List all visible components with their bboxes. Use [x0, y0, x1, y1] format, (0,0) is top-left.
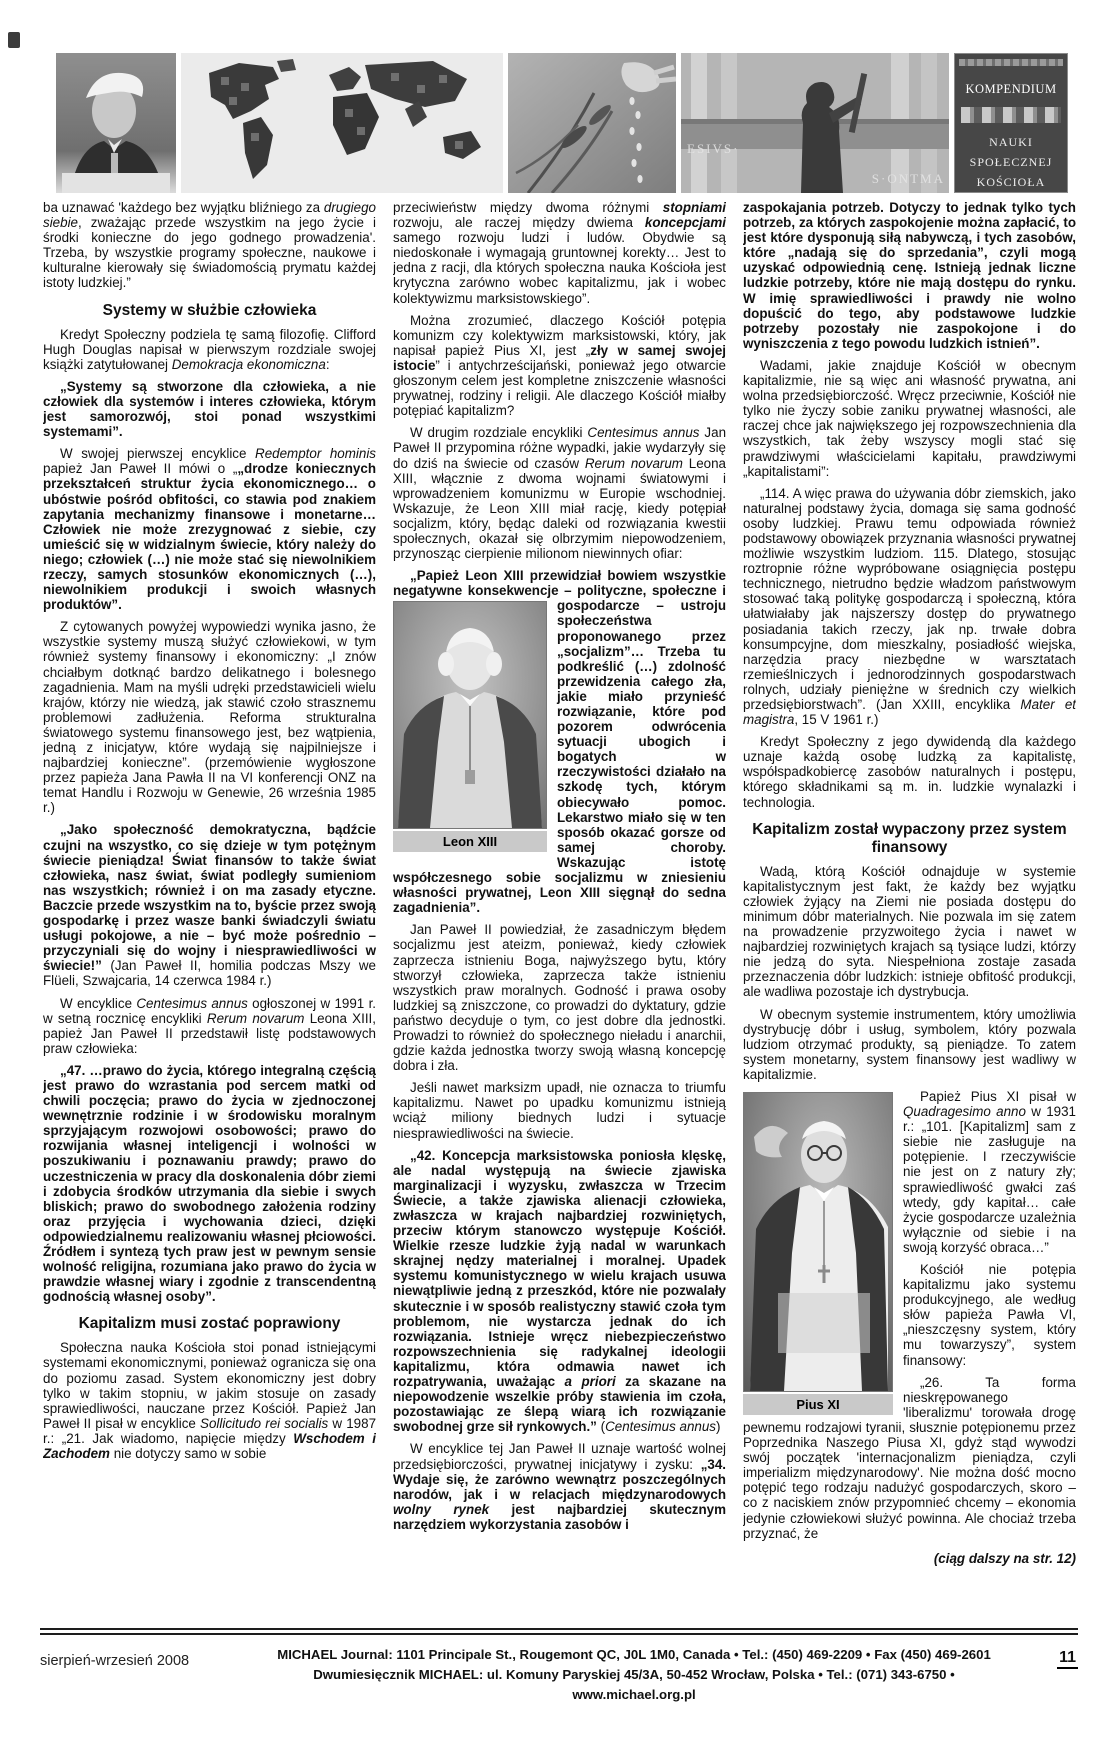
banner-photo-st-peter-statue: ESIVS· S·ONTMA — [681, 53, 949, 193]
banner-photo-douglas-portrait — [56, 53, 176, 193]
leon-xiii-portrait-graphic — [394, 602, 546, 828]
paragraph: W drugim rozdziale encykliki Centesimus … — [393, 425, 726, 561]
figure-caption: Leon XIII — [393, 831, 547, 852]
banner-photo-wheat-hand — [508, 53, 676, 193]
text-run: „Systemy są stworzone dla człowieka, a n… — [43, 379, 376, 439]
text-run: przeciwieństw między dwoma różnymi — [393, 200, 663, 215]
world-map-graphic — [181, 53, 503, 193]
text-run: wolny rynek — [393, 1502, 489, 1517]
column-1: ba uznawać 'każdego bez wyjątku bliźnieg… — [43, 200, 376, 1614]
paragraph: „47. …prawo do życia, którego integralną… — [43, 1063, 376, 1305]
text-run: stopniami — [663, 200, 726, 215]
text-run: Jeśli nawet marksizm upadł, nie oznacza … — [393, 1080, 726, 1140]
douglas-portrait-graphic — [56, 53, 176, 193]
text-run: w 1931 r.: „101. [Kapitalizm] sam z sieb… — [903, 1104, 1076, 1255]
paragraph: W obecnym systemie instrumentem, który u… — [743, 1007, 1076, 1082]
paragraph: „114. A więc prawa do używania dóbr ziem… — [743, 486, 1076, 728]
statue-inscription-left: ESIVS· — [687, 141, 739, 157]
text-run: ba uznawać 'każdego bez wyjątku bliźnieg… — [43, 200, 324, 215]
book-subtitle-line: SPOŁECZNEJ — [970, 152, 1053, 172]
paragraph: „42. Koncepcja marksistowska poniosła kl… — [393, 1148, 726, 1435]
figure-caption: Pius XI — [743, 1394, 893, 1415]
book-photo-strip — [961, 107, 1062, 123]
paragraph: zaspokajania potrzeb. Dotyczy to jednak … — [743, 200, 1076, 351]
paragraph: „Jako społeczność demokratyczna, bądźcie… — [43, 822, 376, 988]
text-run: Redemptor hominis — [255, 446, 376, 461]
section-heading: Kapitalizm został wypaczony przez system… — [743, 821, 1076, 857]
banner-photo-kompendium-book: KOMPENDIUM NAUKI SPOŁECZNEJ KOŚCIOŁA — [954, 53, 1068, 193]
text-run: W obecnym systemie instrumentem, który u… — [743, 1007, 1076, 1082]
text-run: W encyklice tej Jan Paweł II uznaje wart… — [393, 1441, 726, 1471]
book-subtitle-line: NAUKI — [970, 132, 1053, 152]
paragraph: Można zrozumieć, dlaczego Kościół potępi… — [393, 313, 726, 419]
article-body: ba uznawać 'każdego bez wyjątku bliźnieg… — [43, 200, 1078, 1614]
issue-date: sierpień-wrzesień 2008 — [40, 1645, 250, 1669]
text-run: Papież Pius XI pisał w — [920, 1089, 1076, 1104]
statue-inscription-right: S·ONTMA — [872, 171, 945, 187]
figure-pius: Pius XI — [743, 1092, 893, 1415]
text-run: samego rozwoju ludzi i ludów. Obydwie są… — [393, 230, 726, 305]
text-run: Wadami, jakie znajduje Kościół w obecnym… — [743, 358, 1076, 479]
text-run: rozwoju, ale raczej między dwiema — [393, 215, 645, 230]
text-run: Jan Paweł II powiedział, że zasadniczym … — [393, 922, 726, 1073]
text-run: (ciąg dalszy na str. 12) — [934, 1551, 1076, 1566]
text-run: Leona XIII, włącznie z dwoma wojnami świ… — [393, 456, 726, 562]
text-run: Demokracja ekonomiczna — [172, 357, 326, 372]
paragraph: Kredyt Społeczny podziela tę samą filozo… — [43, 327, 376, 372]
section-heading: Systemy w służbie człowieka — [43, 302, 376, 320]
book-subtitle-line: KOŚCIOŁA — [970, 172, 1053, 192]
text-run: W drugim rozdziale encykliki — [410, 425, 587, 440]
text-run: Centesimus annus — [605, 1419, 716, 1434]
text-run: Z cytowanych powyżej wypowiedzi wynika j… — [43, 619, 376, 815]
print-artifact — [8, 32, 20, 48]
page-footer: sierpień-wrzesień 2008 MICHAEL Journal: … — [40, 1628, 1078, 1705]
book-title: KOMPENDIUM — [965, 82, 1056, 97]
paragraph: „Papież Leon XIII przewidział bowiem wsz… — [393, 568, 726, 915]
text-run: Kościół nie potępia kapitalizmu jako sys… — [903, 1262, 1076, 1368]
paragraph: „Systemy są stworzone dla człowieka, a n… — [43, 379, 376, 439]
paragraph: Kredyt Społeczny z jego dywidendą dla ka… — [743, 734, 1076, 809]
column-2: przeciwieństw między dwoma różnymi stopn… — [393, 200, 726, 1614]
text-run: : — [326, 357, 330, 372]
pius-xi-portrait-graphic — [744, 1093, 892, 1391]
text-run: Wadą, którą Kościół odnajduje w systemie… — [743, 864, 1076, 1000]
text-run: Rerum novarum — [585, 456, 683, 471]
figure-leon: Leon XIII — [393, 601, 547, 852]
text-run: „114. A więc prawa do używania dóbr ziem… — [743, 486, 1076, 712]
page-number: 11 — [1018, 1645, 1078, 1667]
book-top-strip — [959, 59, 1062, 66]
photo-pius — [743, 1092, 893, 1392]
column-3: zaspokajania potrzeb. Dotyczy to jednak … — [743, 200, 1076, 1614]
text-run: Rerum novarum — [207, 1011, 305, 1026]
paragraph: (ciąg dalszy na str. 12) — [743, 1551, 1076, 1566]
text-run: „drodze koniecznych przekształceń strukt… — [43, 461, 376, 612]
text-run: „47. …prawo do życia, którego integralną… — [43, 1063, 376, 1304]
text-run: „Jako społeczność demokratyczna, bądźcie… — [43, 822, 376, 973]
text-run: Sollicitudo rei socialis — [200, 1416, 328, 1431]
text-run: zaspokajania potrzeb. Dotyczy to jednak … — [743, 200, 1076, 351]
text-run: ) — [716, 1419, 720, 1434]
text-run: ( — [597, 1419, 605, 1434]
paragraph: W encyklice Centesimus annus ogłoszonej … — [43, 996, 376, 1056]
text-run: Centesimus annus — [136, 996, 248, 1011]
paragraph: Społeczna nauka Kościoła stoi ponad istn… — [43, 1340, 376, 1461]
footer-rule — [40, 1628, 1078, 1635]
text-run: Quadragesimo anno — [903, 1104, 1026, 1119]
text-run: nie dotyczy samo w sobie — [110, 1446, 266, 1461]
paragraph: przeciwieństw między dwoma różnymi stopn… — [393, 200, 726, 306]
photo-banner: ESIVS· S·ONTMA KOMPENDIUM NAUKI SPOŁECZN… — [56, 53, 1068, 193]
section-heading: Kapitalizm musi zostać poprawiony — [43, 1315, 376, 1333]
paragraph: Wadami, jakie znajduje Kościół w obecnym… — [743, 358, 1076, 479]
paragraph: Wadą, którą Kościół odnajduje w systemie… — [743, 864, 1076, 1000]
paragraph: W swojej pierwszej encyklice Redemptor h… — [43, 446, 376, 612]
paragraph: W encyklice tej Jan Paweł II uznaje wart… — [393, 1441, 726, 1532]
paragraph: Z cytowanych powyżej wypowiedzi wynika j… — [43, 619, 376, 815]
text-run: W encyklice — [60, 996, 136, 1011]
wheat-hand-graphic — [508, 53, 676, 193]
text-run: papież Jan Paweł II mówi o „ — [43, 461, 237, 476]
text-run: , 15 V 1961 r.) — [794, 712, 878, 727]
text-run: Centesimus annus — [587, 425, 699, 440]
paragraph: Pius XIPapież Pius XI pisał w Quadragesi… — [743, 1089, 1076, 1255]
book-subtitle: NAUKI SPOŁECZNEJ KOŚCIOŁA — [970, 132, 1053, 192]
publisher-line-1: MICHAEL Journal: 1101 Principale St., Ro… — [250, 1645, 1018, 1665]
photo-leon — [393, 601, 547, 829]
paragraph: Jan Paweł II powiedział, że zasadniczym … — [393, 922, 726, 1073]
publisher-info: MICHAEL Journal: 1101 Principale St., Ro… — [250, 1645, 1018, 1705]
publisher-line-2: Dwumiesięcznik MICHAEL: ul. Komuny Parys… — [250, 1665, 1018, 1705]
paragraph: ba uznawać 'każdego bez wyjątku bliźnieg… — [43, 200, 376, 291]
banner-photo-world-map-collage — [181, 53, 503, 193]
text-run: W swojej pierwszej encyklice — [60, 446, 255, 461]
text-run: a priori — [565, 1374, 616, 1389]
text-run: , zważając przede wszystkim na jego życi… — [43, 215, 376, 290]
text-run: ” i antychrześcijański, ponieważ jego ot… — [393, 358, 726, 418]
text-run: Kredyt Społeczny z jego dywidendą dla ka… — [743, 734, 1076, 809]
text-run: koncepcjami — [645, 215, 726, 230]
newspaper-page: ESIVS· S·ONTMA KOMPENDIUM NAUKI SPOŁECZN… — [0, 0, 1118, 1751]
paragraph: Jeśli nawet marksizm upadł, nie oznacza … — [393, 1080, 726, 1140]
text-run: „42. Koncepcja marksistowska poniosła kl… — [393, 1148, 726, 1389]
